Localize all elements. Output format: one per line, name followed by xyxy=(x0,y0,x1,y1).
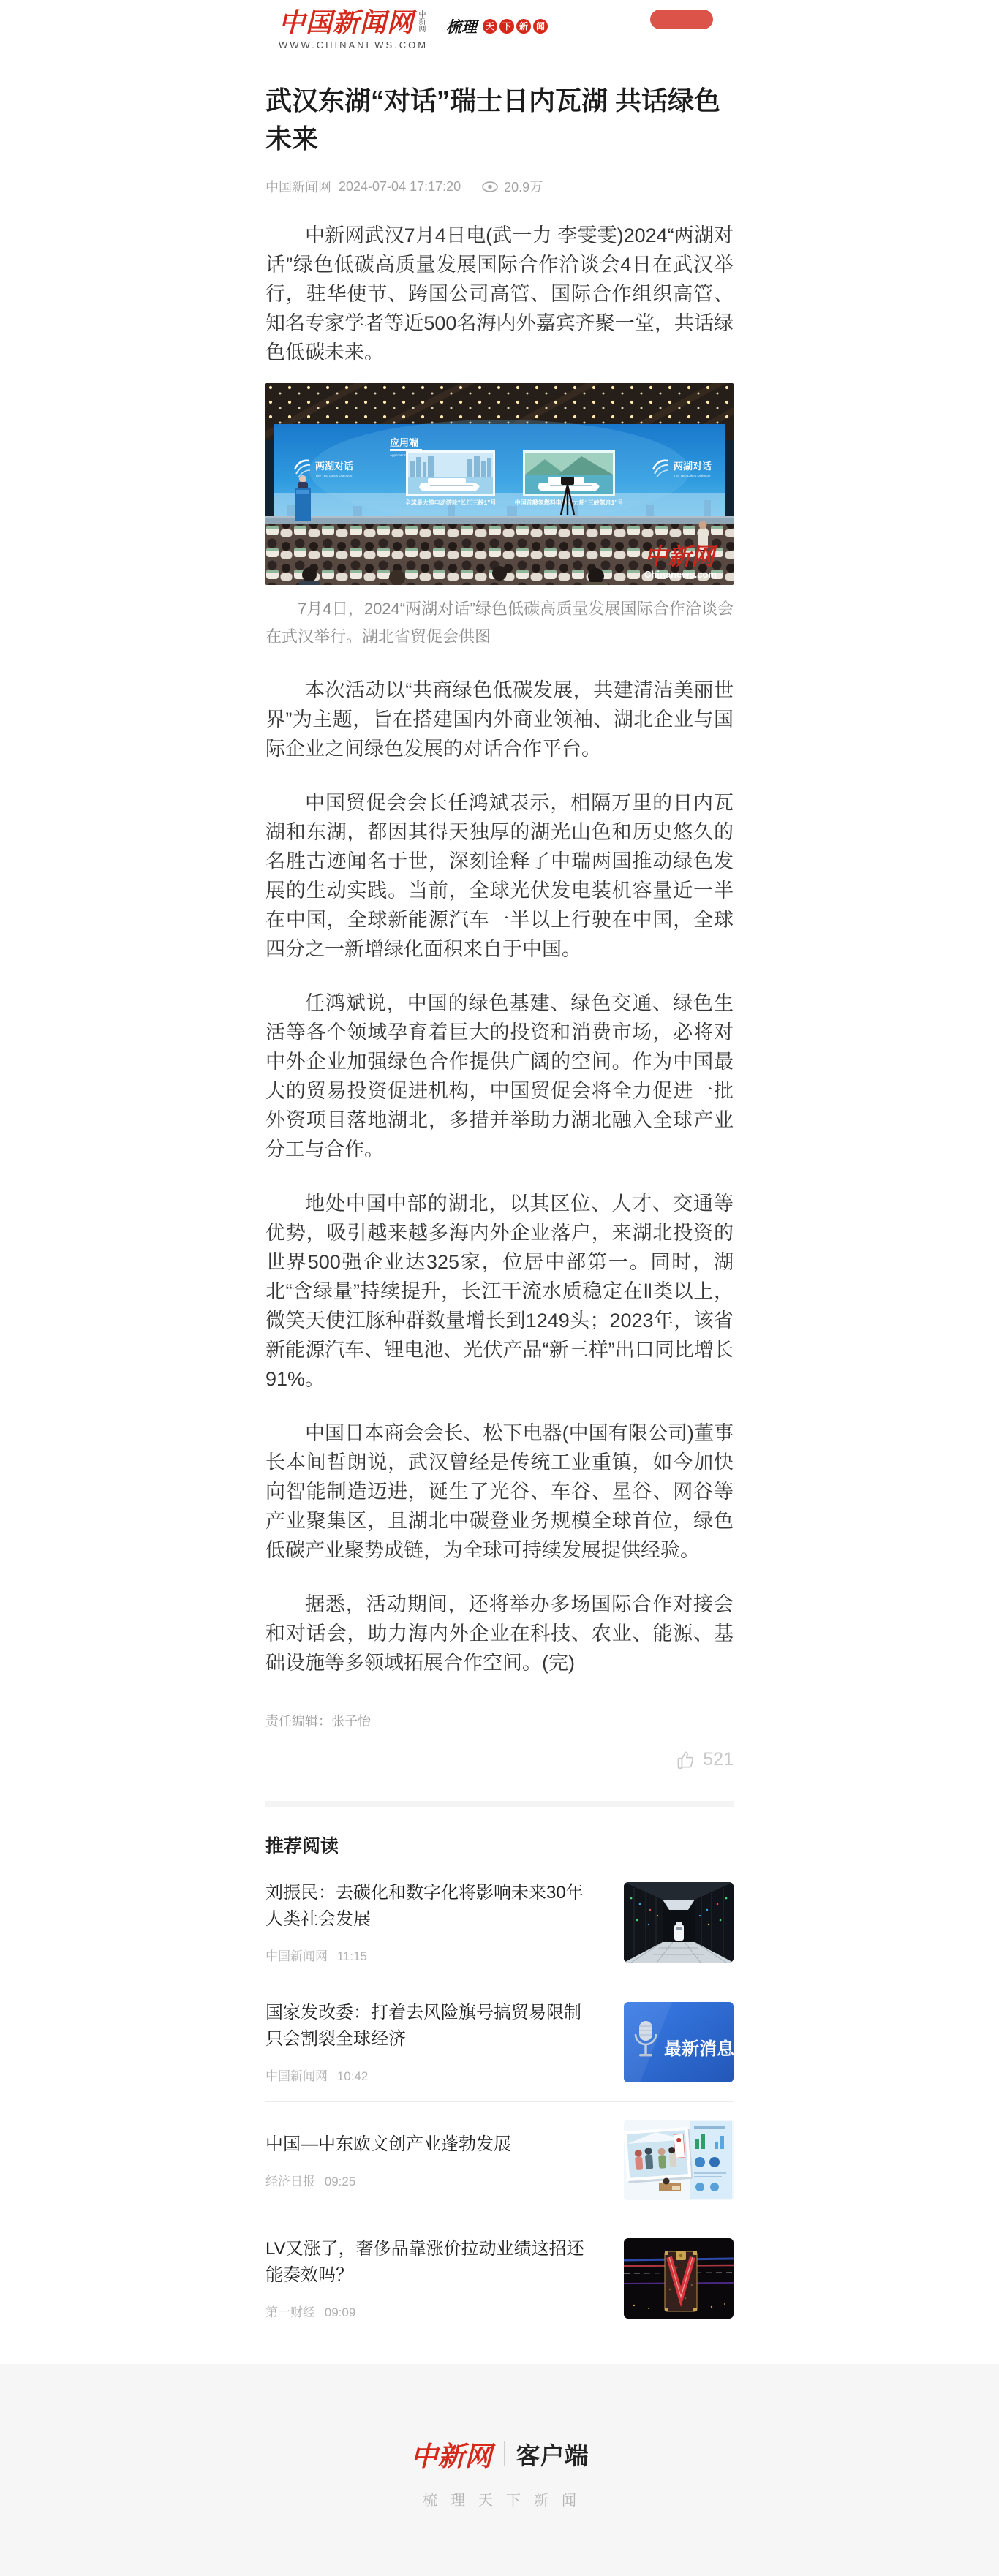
slogan-dot: 新 xyxy=(516,19,531,34)
view-count: 20.9万 xyxy=(481,177,543,196)
logo-slogan: 梳理 天 下 新 闻 xyxy=(446,15,548,37)
recommend-item-meta: 中国新闻网 10:42 xyxy=(265,2066,596,2084)
recommend-item-time: 11:15 xyxy=(337,1949,367,1963)
photo-caption: 7月4日，2024“两湖对话”绿色低碳高质量发展国际合作洽谈会在武汉举行。湖北省… xyxy=(265,595,734,651)
slogan-dot: 下 xyxy=(499,19,514,34)
article-datetime: 2024-07-04 17:17:20 xyxy=(339,179,461,194)
recommend-heading: 推荐阅读 xyxy=(265,1832,734,1858)
recommend-item-source: 经济日报 xyxy=(265,2175,315,2188)
recommend-item-title: LV又涨了，奢侈品靠涨价拉动业绩这招还能奏效吗？ xyxy=(265,2236,596,2289)
logo-domain: WWW.CHINANEWS.COM xyxy=(279,39,734,50)
paragraph: 中国贸促会会长任鸿斌表示，相隔万里的日内瓦湖和东湖，都因其得天独厚的湖光山色和历… xyxy=(265,788,734,964)
recommend-item-title: 国家发改委：打着去风险旗号搞贸易限制只会割裂全球经济 xyxy=(265,2000,596,2052)
recommend-item[interactable]: 中国—中东欧文创产业蓬勃发展 经济日报 09:25 xyxy=(265,2101,734,2218)
footer-client-label: 客户端 xyxy=(516,2437,589,2471)
recommend-item[interactable]: LV又涨了，奢侈品靠涨价拉动业绩这招还能奏效吗？ 第一财经 09:09 xyxy=(265,2218,734,2338)
page: 中国新闻网 中新网 梳理 天 下 新 闻 WWW.CHINANEWS.COM 武… xyxy=(0,0,999,2576)
photo-watermark: 中新网 Chinanews.com xyxy=(644,543,718,580)
thumbnail-lv-trunk xyxy=(624,2238,734,2319)
editor-line: 责任编辑：张子怡 xyxy=(265,1711,734,1730)
recommend-item-time: 09:25 xyxy=(325,2175,356,2188)
svg-text:两湖对话: 两湖对话 xyxy=(674,461,712,472)
site-header: 中国新闻网 中新网 梳理 天 下 新 闻 WWW.CHINANEWS.COM xyxy=(265,0,734,64)
article-source: 中国新闻网 xyxy=(265,177,331,196)
thumbnail-server-room xyxy=(624,1882,734,1963)
svg-text:两湖对话: 两湖对话 xyxy=(315,461,353,472)
section-divider xyxy=(265,1801,734,1807)
thumbnail-latest-news: 最新消息 xyxy=(624,2002,734,2082)
recommend-item[interactable]: 刘振民：去碳化和数字化将影响未来30年人类社会发展 中国新闻网 11:15 xyxy=(265,1862,734,1982)
recommend-item-title: 中国—中东欧文创产业蓬勃发展 xyxy=(265,2131,596,2158)
recommend-item-meta: 中国新闻网 11:15 xyxy=(265,1946,596,1964)
slide-card-left xyxy=(406,450,495,496)
conference-photo: 两湖对话 The Two Lakes Dialogue 两湖对话 The Two… xyxy=(265,383,734,585)
svg-text:全球最大纯电动游轮“长江三峡1”号: 全球最大纯电动游轮“长江三峡1”号 xyxy=(405,499,496,506)
slogan-dot: 天 xyxy=(483,19,497,34)
slogan-prefix: 梳理 xyxy=(446,15,477,37)
article: 武汉东湖“对话”瑞士日内瓦湖 共话绿色未来 中国新闻网 2024-07-04 1… xyxy=(265,82,734,1770)
eye-icon xyxy=(481,181,499,193)
paragraph: 本次活动以“共商绿色低碳发展，共建清洁美丽世界”为主题，旨在搭建国内外商业领袖、… xyxy=(265,676,734,763)
like-count: 521 xyxy=(703,1749,734,1770)
logo-wordmark: 中国新闻网 xyxy=(279,9,414,37)
recommend-item-meta: 经济日报 09:25 xyxy=(265,2171,596,2189)
slogan-dot: 闻 xyxy=(533,19,548,34)
svg-text:中国首艘氢燃料电池动力船“三峡氢舟1”号: 中国首艘氢燃料电池动力船“三峡氢舟1”号 xyxy=(515,499,623,506)
svg-text:应用端: 应用端 xyxy=(390,437,418,448)
app-download-button[interactable] xyxy=(650,10,713,29)
recommend-item-source: 中国新闻网 xyxy=(265,2069,328,2083)
footer-logo: 中新网 xyxy=(411,2434,492,2474)
svg-text:The Two Lakes Dialogue: The Two Lakes Dialogue xyxy=(674,474,711,477)
footer-separator xyxy=(504,2441,505,2466)
svg-text:The Two Lakes Dialogue: The Two Lakes Dialogue xyxy=(315,474,353,477)
thumbs-up-icon xyxy=(676,1750,696,1770)
footer-app-banner[interactable]: 中新网 客户端 梳理天下新闻 xyxy=(0,2364,999,2576)
view-count-value: 20.9万 xyxy=(504,177,543,196)
footer-brand: 中新网 客户端 xyxy=(0,2434,999,2474)
svg-text:中新网: 中新网 xyxy=(644,543,718,570)
article-meta: 中国新闻网 2024-07-04 17:17:20 20.9万 xyxy=(265,177,734,196)
footer-slogan: 梳理天下新闻 xyxy=(0,2488,999,2509)
paragraph: 中新网武汉7月4日电(武一力 李雯雯)2024“两湖对话”绿色低碳高质量发展国际… xyxy=(265,221,734,367)
recommend-item-source: 中国新闻网 xyxy=(265,1949,328,1963)
svg-text:最新消息: 最新消息 xyxy=(664,2039,734,2059)
paragraph: 据悉，活动期间，还将举办多场国际合作对接会和对话会，助力海内外企业在科技、农业、… xyxy=(265,1590,734,1677)
svg-text:Chinanews.com: Chinanews.com xyxy=(644,569,717,580)
article-title: 武汉东湖“对话”瑞士日内瓦湖 共话绿色未来 xyxy=(265,82,734,158)
article-figure: 两湖对话 The Two Lakes Dialogue 两湖对话 The Two… xyxy=(265,383,734,651)
paragraph: 地处中国中部的湖北，以其区位、人才、交通等优势，吸引越来越多海内外企业落户，来湖… xyxy=(265,1189,734,1394)
recommend-item-meta: 第一财经 09:09 xyxy=(265,2302,596,2320)
recommend-item-time: 10:42 xyxy=(337,2069,369,2083)
thumbnail-expo-collage xyxy=(624,2120,734,2200)
paragraph: 任鸿斌说，中国的绿色基建、绿色交通、绿色生活等各个领域孕育着巨大的投资和消费市场… xyxy=(265,989,734,1164)
recommend-section: 推荐阅读 刘振民：去碳化和数字化将影响未来30年人类社会发展 中国新闻网 11:… xyxy=(265,1832,734,2338)
recommend-item-source: 第一财经 xyxy=(265,2305,315,2319)
recommend-item-time: 09:09 xyxy=(325,2305,356,2319)
logo-vertical-text: 中新网 xyxy=(417,10,424,37)
recommend-item-title: 刘振民：去碳化和数字化将影响未来30年人类社会发展 xyxy=(265,1880,596,1933)
recommend-item[interactable]: 国家发改委：打着去风险旗号搞贸易限制只会割裂全球经济 中国新闻网 10:42 xyxy=(265,1982,734,2101)
paragraph: 中国日本商会会长、松下电器(中国有限公司)董事长本间哲朗说，武汉曾经是传统工业重… xyxy=(265,1419,734,1565)
like-button[interactable]: 521 xyxy=(265,1749,734,1770)
